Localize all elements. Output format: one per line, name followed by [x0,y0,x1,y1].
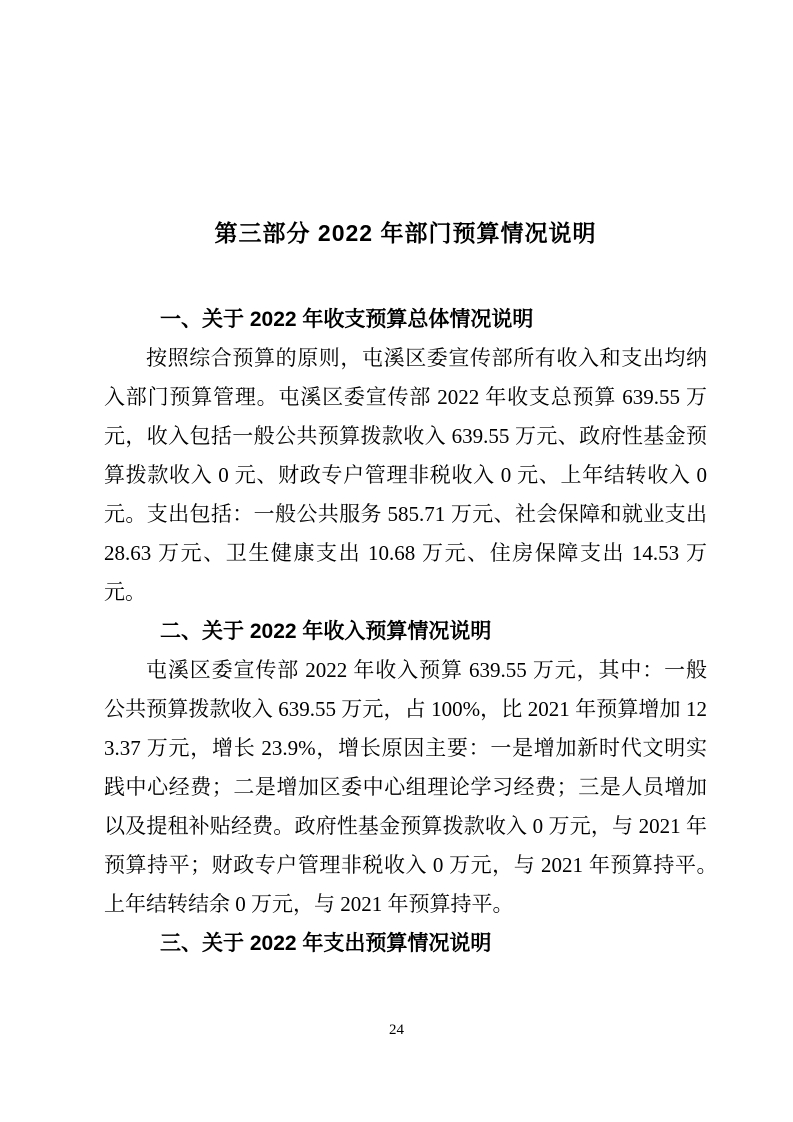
section-revenue-budget: 二、关于 2022 年收入预算情况说明 屯溪区委宣传部 2022 年收入预算 6… [104,612,707,924]
document-page: 第三部分 2022 年部门预算情况说明 一、关于 2022 年收支预算总体情况说… [0,0,793,1122]
section-expenditure-budget: 三、关于 2022 年支出预算情况说明 [104,924,707,963]
page-number: 24 [0,1020,793,1040]
section-overall-budget: 一、关于 2022 年收支预算总体情况说明 按照综合预算的原则，屯溪区委宣传部所… [104,300,707,612]
page-title: 第三部分 2022 年部门预算情况说明 [104,214,707,252]
section-heading-expenditure: 三、关于 2022 年支出预算情况说明 [104,924,707,963]
section-paragraph-revenue: 屯溪区委宣传部 2022 年收入预算 639.55 万元，其中：一般公共预算拨款… [104,651,707,924]
section-heading-revenue: 二、关于 2022 年收入预算情况说明 [104,612,707,651]
document-content: 第三部分 2022 年部门预算情况说明 一、关于 2022 年收支预算总体情况说… [104,214,707,963]
section-paragraph-overall: 按照综合预算的原则，屯溪区委宣传部所有收入和支出均纳入部门预算管理。屯溪区委宣传… [104,339,707,612]
section-heading-overall: 一、关于 2022 年收支预算总体情况说明 [104,300,707,339]
